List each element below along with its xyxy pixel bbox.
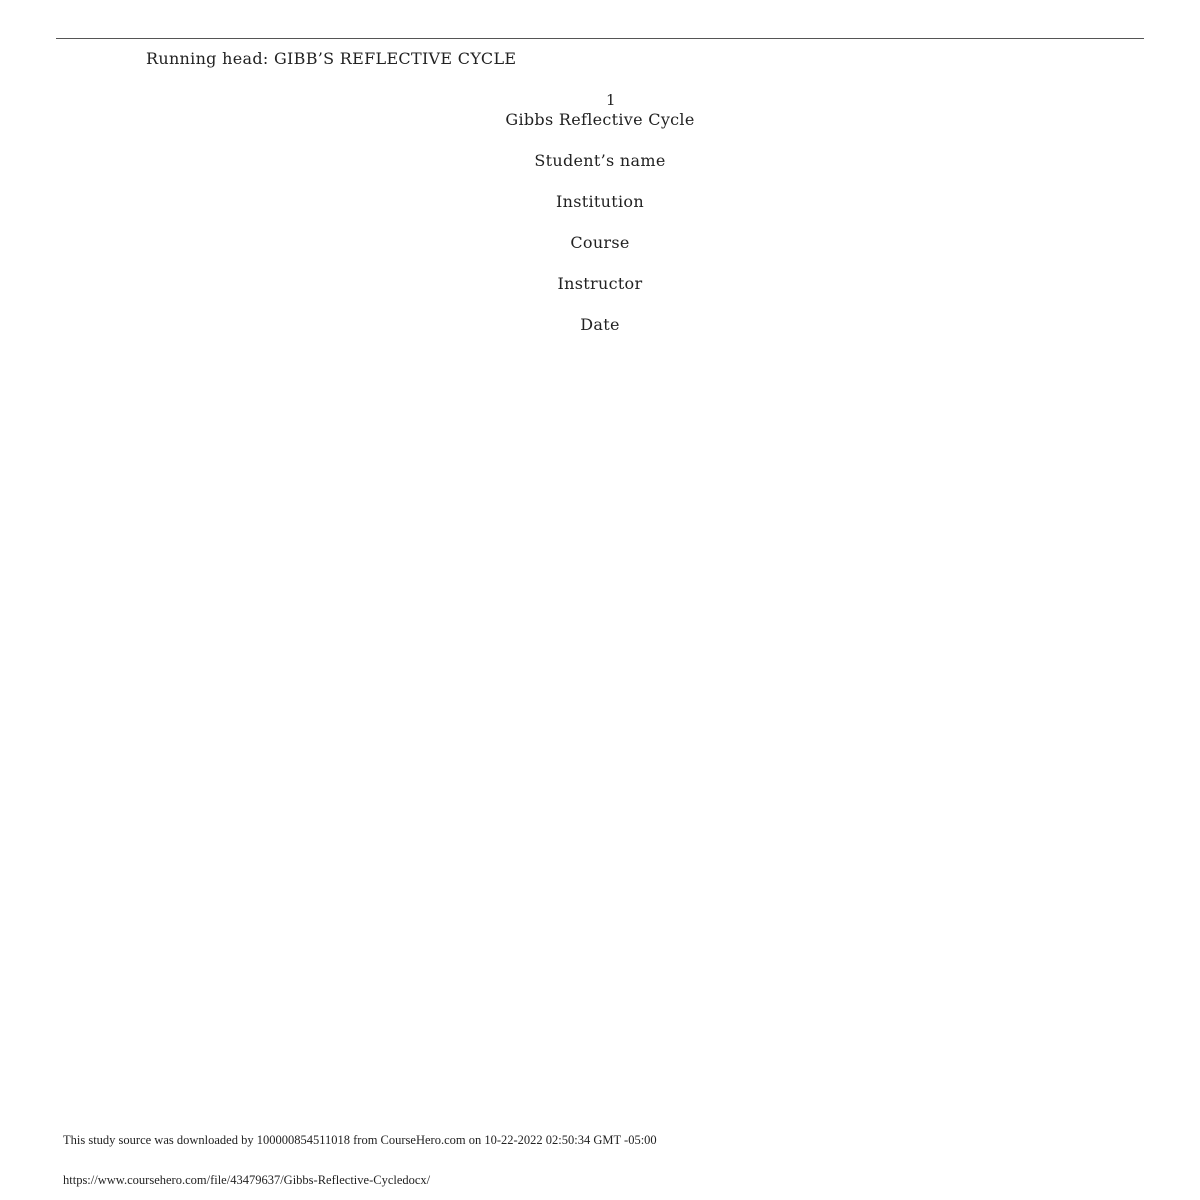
instructor: Instructor	[0, 274, 1200, 293]
header-rule	[56, 38, 1144, 39]
download-notice: This study source was downloaded by 1000…	[63, 1133, 657, 1148]
running-head: Running head: GIBB’S REFLECTIVE CYCLE	[146, 49, 516, 68]
source-url[interactable]: https://www.coursehero.com/file/43479637…	[63, 1173, 430, 1188]
student-name: Student’s name	[0, 151, 1200, 170]
institution: Institution	[0, 192, 1200, 211]
page-number: 1	[606, 91, 616, 109]
date: Date	[0, 315, 1200, 334]
course: Course	[0, 233, 1200, 252]
paper-title: Gibbs Reflective Cycle	[0, 110, 1200, 129]
